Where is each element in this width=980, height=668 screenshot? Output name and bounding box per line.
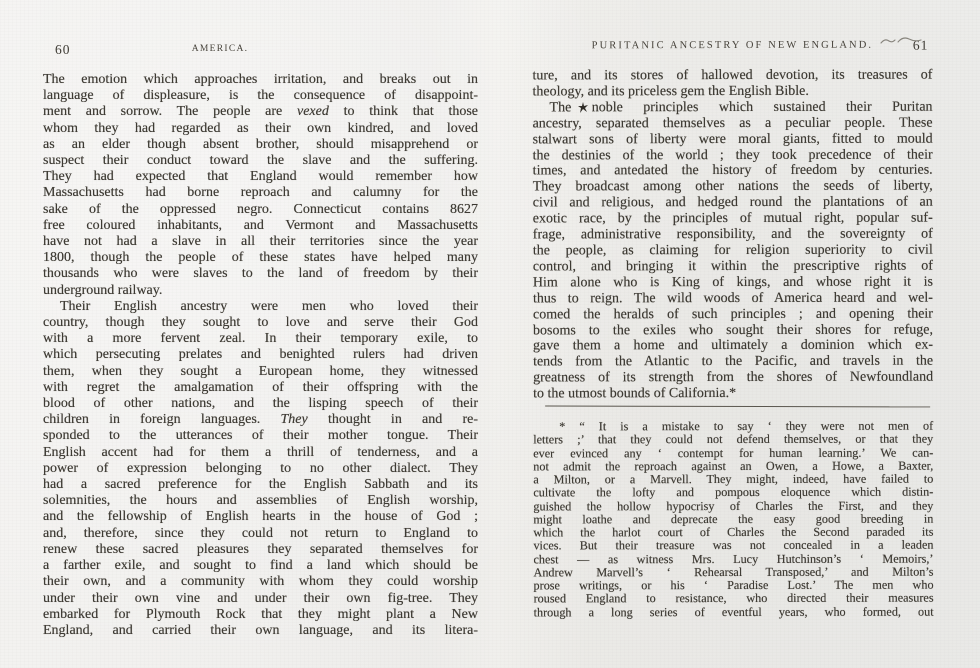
text-line: 1800, though the people of these states …	[43, 250, 478, 266]
text-line: had a sacred preference for the English …	[43, 477, 478, 493]
text-line: and the fellowship of English hearts in …	[43, 509, 478, 525]
paragraph-english-ancestry: Their English ancestry were men who love…	[43, 299, 478, 639]
text-line: underground railway.	[43, 283, 478, 299]
text-line: embarked for Plymouth Rock that they mig…	[43, 607, 478, 623]
right-page: PURITANIC ANCESTRY OF NEW ENGLAND. 61 tu…	[532, 40, 933, 620]
text-line: free coloured inhabitants, and Vermont a…	[43, 218, 478, 234]
text-line: They had expected that England would rem…	[43, 169, 478, 185]
text-line: solemnities, the hours and assemblies of…	[43, 493, 478, 509]
text-line: the destinies of the world ; they took p…	[533, 147, 933, 164]
right-page-body: ture, and its stores of hallowed devotio…	[532, 68, 933, 620]
text-line: with a more fervent zeal. In their tempo…	[43, 331, 478, 347]
text-line: gave them a home and ultimately a domini…	[533, 338, 933, 355]
text-line: which persecuting prelates and benighted…	[43, 347, 478, 363]
right-page-number: 61	[913, 38, 929, 54]
text-line: as an elder though absent brother, shoul…	[43, 137, 478, 153]
book-scan: 60 AMERICA. The emotion which approaches…	[0, 0, 980, 668]
left-page-body: The emotion which approaches irritation,…	[43, 72, 478, 639]
right-running-title: PURITANIC ANCESTRY OF NEW ENGLAND.	[592, 40, 873, 52]
text-line: English accent had for them a thrill of …	[43, 445, 478, 461]
paragraph-continuation: ture, and its stores of hallowed devotio…	[532, 68, 932, 101]
text-line: a farther exile, and sought to find a la…	[43, 558, 478, 574]
text-line: ancestry, separated themselves as a pecu…	[533, 115, 933, 132]
text-line: and, therefore, since they could not ret…	[43, 526, 478, 542]
text-line: control, and bringing it within the pres…	[533, 258, 933, 275]
text-line: power of expression belonging to no othe…	[43, 461, 478, 477]
footnote: * “ It is a mistake to say ‘ they were n…	[533, 420, 933, 620]
text-line: have not had a slave in all their territ…	[43, 234, 478, 250]
text-line: to the utmost bounds of California.*	[533, 386, 933, 403]
text-line: Him alone who is King of kings, and whos…	[533, 274, 933, 291]
text-line: them, when they sought a European home, …	[43, 364, 478, 380]
text-line: thus to reign. The wild woods of America…	[533, 290, 933, 307]
text-line: greatness of its strength from the shore…	[533, 370, 933, 387]
text-line: The noble principles which sustained the…	[533, 99, 933, 116]
text-line: the people, as claiming for religion sup…	[533, 243, 933, 260]
text-line: They broadcast among other nations the s…	[533, 179, 933, 196]
text-line: ture, and its stores of hallowed devotio…	[532, 68, 932, 85]
right-running-head: PURITANIC ANCESTRY OF NEW ENGLAND. 61	[532, 40, 932, 59]
text-line: blood of other nations, and the lisping …	[43, 396, 478, 412]
text-line: times, and antedated the history of free…	[533, 163, 933, 180]
text-line: their own, and a community with whom the…	[43, 574, 478, 590]
text-line: renew these sacred pleasures they separa…	[43, 542, 478, 558]
text-line: Massachusetts had borne reproach and cal…	[43, 185, 478, 201]
text-line: sake of the oppressed negro. Connecticut…	[43, 202, 478, 218]
text-line: whom they had regarded as their own kind…	[43, 121, 478, 137]
text-line: children in foreign languages. They thou…	[43, 412, 478, 428]
text-line: sponded to the utterances of their mothe…	[43, 428, 478, 444]
text-line: language of displeasure, is the conseque…	[43, 88, 478, 104]
text-line: The emotion which approaches irritation,…	[43, 72, 478, 88]
left-page: 60 AMERICA. The emotion which approaches…	[43, 44, 478, 639]
text-line: under their own vine and under their own…	[43, 591, 478, 607]
text-line: thousands who were slaves to the land of…	[43, 266, 478, 282]
text-line: frage, administrative responsibility, an…	[533, 227, 933, 244]
text-line: England, and carried their own language,…	[43, 623, 478, 639]
left-page-number: 60	[55, 42, 71, 58]
paragraph-emotion: The emotion which approaches irritation,…	[43, 72, 478, 299]
text-line: Their English ancestry were men who love…	[43, 299, 478, 315]
text-line: exotic race, by the principles of mutual…	[533, 211, 933, 228]
text-line: country, though they sought to love and …	[43, 315, 478, 331]
text-line: tends from the Atlantic to the Pacific, …	[533, 354, 933, 371]
footnote-rule	[545, 406, 930, 408]
text-line: ment and sorrow. The people are vexed to…	[43, 104, 478, 120]
text-line: theology, and its priceless gem the Engl…	[532, 83, 932, 100]
text-line: suspect their conduct toward the slave a…	[43, 153, 478, 169]
text-line: through a long series of eventful years,…	[534, 605, 934, 619]
left-running-title: AMERICA.	[192, 44, 249, 54]
text-line: bosoms to the exiles who sought their sh…	[533, 322, 933, 339]
text-line: with regret the amalgamation of their of…	[43, 380, 478, 396]
text-line: stalwart sons of liberty were moral gian…	[533, 131, 933, 148]
paragraph-noble-principles: The noble principles which sustained the…	[533, 99, 934, 402]
left-running-head: 60 AMERICA.	[43, 44, 478, 62]
text-line: comed the heralds of such principles ; a…	[533, 306, 933, 323]
text-line: civil and religious, and hedged round th…	[533, 195, 933, 212]
